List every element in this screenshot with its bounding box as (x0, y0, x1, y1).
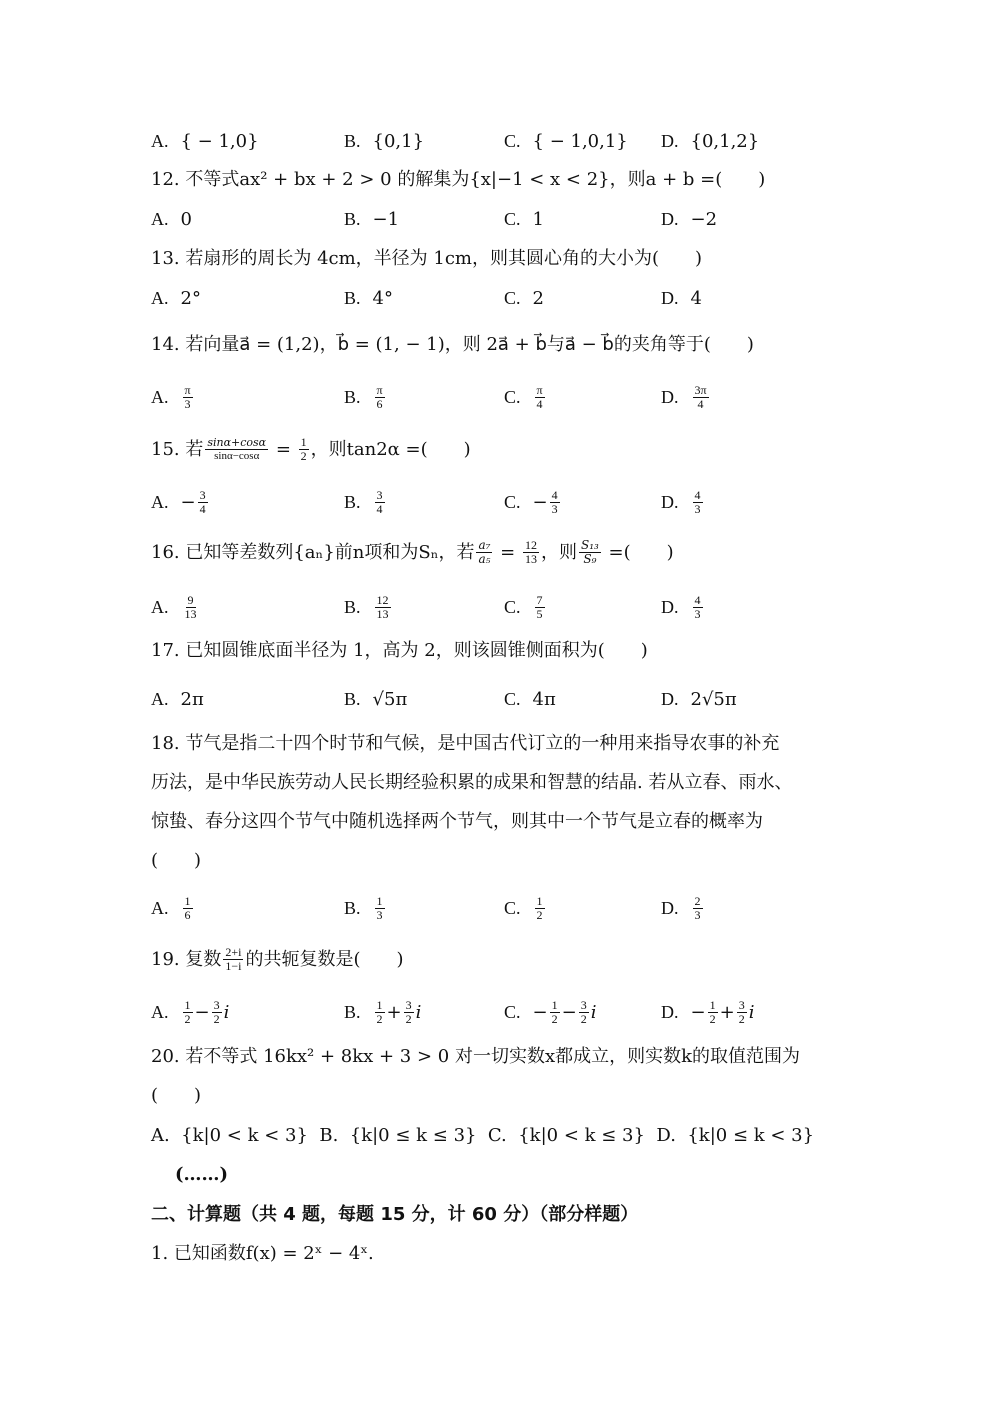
q14-option-c: C.π4 (504, 377, 547, 417)
q19-option-a: A.12−32i (151, 992, 229, 1032)
q16-option-c: C.75 (504, 587, 547, 627)
fraction: 75 (535, 594, 545, 621)
q17-option-b: B.√5π (344, 679, 407, 719)
q20-stem-line-1: 20. 若不等式 16kx² + 8kx + 3 > 0 对一切实数x都成立，则… (151, 1045, 800, 1069)
fraction: 16 (183, 895, 193, 922)
q18-stem-line-2: 历法，是中华民族劳动人民长期经验积累的成果和智慧的结晶. 若从立春、雨水、 (151, 771, 792, 795)
q13-option-d: D.4 (661, 278, 702, 318)
fraction: π6 (375, 384, 385, 411)
fraction: sinα+cosαsinα−cosα (205, 436, 268, 463)
fraction: 1213 (375, 594, 391, 621)
q13-option-c: C.2 (504, 278, 544, 318)
q17-stem: 17. 已知圆锥底面半径为 1，高为 2，则该圆锥侧面积为( ) (151, 639, 648, 663)
q18-stem-line-4: ( ) (151, 849, 201, 873)
fraction: 32 (212, 999, 222, 1026)
fraction: 12 (375, 999, 385, 1026)
fraction: 12 (708, 999, 718, 1026)
fraction: 23 (693, 895, 703, 922)
q14-stem: 14. 若向量a⃗ = (1,2)，b⃗ = (1, − 1)，则 2a⃗ + … (151, 333, 754, 357)
fraction: 12 (183, 999, 193, 1026)
q16-option-d: D.43 (661, 587, 705, 627)
q11-option-d: D.{0,1,2} (661, 121, 759, 161)
fraction: 43 (693, 489, 703, 516)
q13-stem: 13. 若扇形的周长为 4cm，半径为 1cm，则其圆心角的大小为( ) (151, 247, 702, 271)
fraction: π3 (183, 384, 193, 411)
q19-option-b: B.12+32i (344, 992, 421, 1032)
q12-option-b: B.−1 (344, 199, 399, 239)
q18-option-c: C.12 (504, 888, 547, 928)
q16-option-b: B.1213 (344, 587, 393, 627)
q20-stem-line-2: ( ) (151, 1084, 201, 1108)
q19-stem: 19. 复数 2+i1−i 的共轭复数是( ) (151, 946, 404, 973)
q11-option-a: A.{ − 1,0} (151, 121, 259, 161)
q16-option-a: A.913 (151, 587, 201, 627)
q14-option-b: B.π6 (344, 377, 387, 417)
q15-option-b: B.34 (344, 482, 387, 522)
q15-option-a: A.−34 (151, 482, 210, 522)
q12-option-d: D.−2 (661, 199, 717, 239)
fraction: 34 (375, 489, 385, 516)
q13-option-b: B.4° (344, 278, 393, 318)
fraction: 1213 (523, 539, 539, 566)
q17-option-d: D.2√5π (661, 679, 737, 719)
q17-option-c: C.4π (504, 679, 556, 719)
q15-option-c: C.−43 (504, 482, 562, 522)
q18-option-d: D.23 (661, 888, 705, 928)
fraction: 913 (183, 594, 199, 621)
fraction: 34 (198, 489, 208, 516)
fraction: a₇a₅ (476, 539, 492, 566)
q15-option-d: D.43 (661, 482, 705, 522)
fraction: 12 (550, 999, 560, 1026)
q18-stem-line-3: 惊蛰、春分这四个节气中随机选择两个节气，则其中一个节气是立春的概率为 (151, 810, 763, 834)
q14-option-d: D.3π4 (661, 377, 711, 417)
q12-option-a: A.0 (151, 199, 192, 239)
q11-option-b: B.{0,1} (344, 121, 424, 161)
fraction: 32 (579, 999, 589, 1026)
q15-stem: 15. 若 sinα+cosαsinα−cosα = 12 ，则tan2α =(… (151, 436, 471, 463)
fraction: 3π4 (693, 384, 709, 411)
ellipsis-marker: (……) (175, 1163, 228, 1187)
fraction: S₁₃S₉ (579, 539, 601, 566)
q14-option-a: A.π3 (151, 377, 195, 417)
q16-stem: 16. 已知等差数列{aₙ}前n项和为Sₙ，若 a₇a₅ = 1213 ，则 S… (151, 539, 674, 566)
fraction: 43 (550, 489, 560, 516)
q12-option-c: C.1 (504, 199, 544, 239)
q18-option-b: B.13 (344, 888, 387, 928)
q13-option-a: A.2° (151, 278, 201, 318)
q20-options: A. {k|0 < k < 3} B. {k|0 ≤ k ≤ 3} C. {k|… (151, 1124, 814, 1148)
fraction: 43 (693, 594, 703, 621)
section-2-title: 二、计算题（共 4 题，每题 15 分，计 60 分）（部分样题） (151, 1203, 638, 1227)
q17-option-a: A.2π (151, 679, 204, 719)
fraction: 13 (375, 895, 385, 922)
section-2-question-1: 1. 已知函数f(x) = 2ˣ − 4ˣ. (151, 1242, 374, 1266)
q19-option-c: C.−12−32i (504, 992, 596, 1032)
q19-option-d: D.−12+32i (661, 992, 754, 1032)
fraction: 2+i1−i (223, 946, 243, 973)
q18-stem-line-1: 18. 节气是指二十四个时节和气候，是中国古代订立的一种用来指导农事的补充 (151, 732, 779, 756)
fraction: 12 (299, 436, 309, 463)
fraction: π4 (535, 384, 545, 411)
q18-option-a: A.16 (151, 888, 195, 928)
q11-option-c: C.{ − 1,0,1} (504, 121, 628, 161)
q12-stem: 12. 不等式ax² + bx + 2 > 0 的解集为{x|−1 < x < … (151, 168, 765, 192)
fraction: 32 (737, 999, 747, 1026)
fraction: 32 (404, 999, 414, 1026)
fraction: 12 (535, 895, 545, 922)
